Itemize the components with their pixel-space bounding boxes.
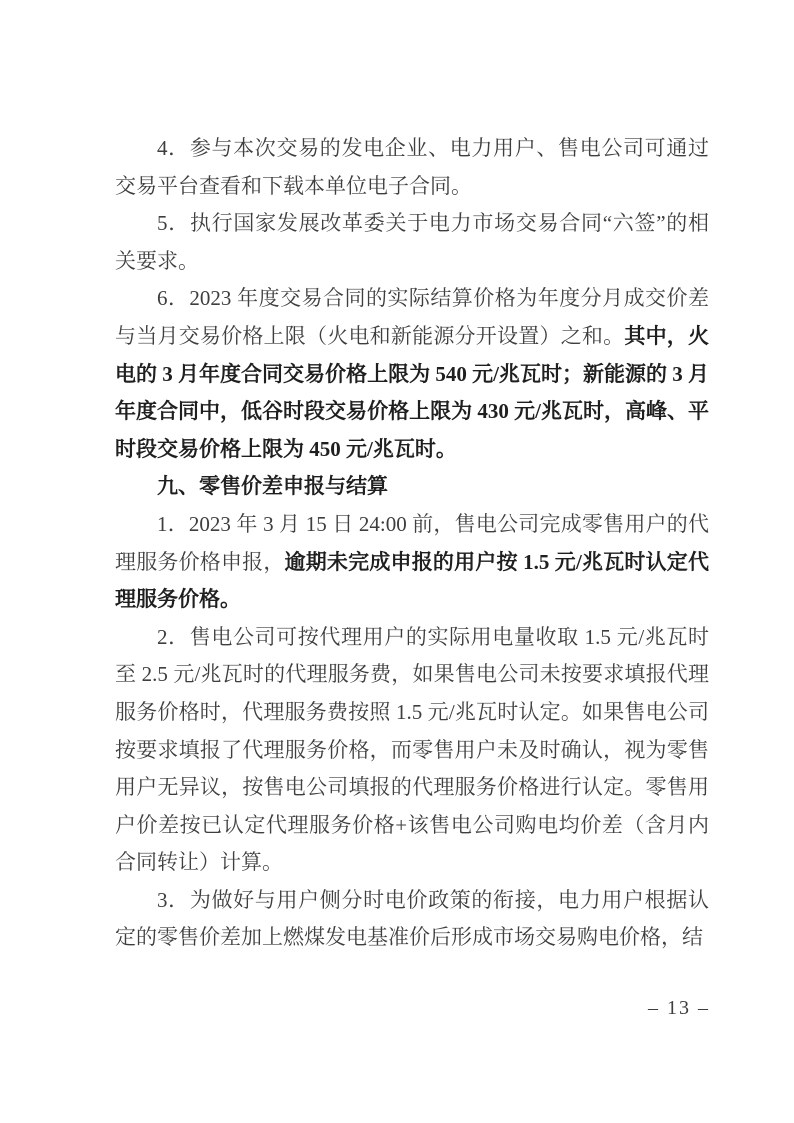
paragraph-item-2: 2．售电公司可按代理用户的实际用电量收取 1.5 元/兆瓦时至 2.5 元/兆瓦… [115, 619, 709, 882]
paragraph-item-5: 5．执行国家发展改革委关于电力市场交易合同“六签”的相关要求。 [115, 205, 709, 280]
paragraph-text: 4．参与本次交易的发电企业、电力用户、售电公司可通过交易平台查看和下载本单位电子… [115, 136, 709, 198]
paragraph-item-6: 6．2023 年度交易合同的实际结算价格为年度分月成交价差与当月交易价格上限（火… [115, 280, 709, 468]
paragraph-text: 6．2023 年度交易合同的实际结算价格为年度分月成交价差与当月交易价格上限（火… [115, 286, 709, 348]
paragraph-text: 5．执行国家发展改革委关于电力市场交易合同“六签”的相关要求。 [115, 211, 709, 273]
paragraph-item-1: 1．2023 年 3 月 15 日 24:00 前，售电公司完成零售用户的代理服… [115, 506, 709, 619]
section-heading-nine: 九、零售价差申报与结算 [115, 468, 709, 506]
paragraph-item-4: 4．参与本次交易的发电企业、电力用户、售电公司可通过交易平台查看和下载本单位电子… [115, 130, 709, 205]
section-heading-text: 九、零售价差申报与结算 [157, 474, 388, 498]
document-page: 4．参与本次交易的发电企业、电力用户、售电公司可通过交易平台查看和下载本单位电子… [0, 0, 794, 1123]
document-body: 4．参与本次交易的发电企业、电力用户、售电公司可通过交易平台查看和下载本单位电子… [115, 130, 709, 957]
paragraph-text: 3．为做好与用户侧分时电价政策的衔接，电力用户根据认定的零售价差加上燃煤发电基准… [115, 888, 709, 950]
paragraph-item-3: 3．为做好与用户侧分时电价政策的衔接，电力用户根据认定的零售价差加上燃煤发电基准… [115, 882, 709, 957]
paragraph-text: 2．售电公司可按代理用户的实际用电量收取 1.5 元/兆瓦时至 2.5 元/兆瓦… [115, 625, 709, 875]
page-number: – 13 – [648, 994, 710, 1022]
